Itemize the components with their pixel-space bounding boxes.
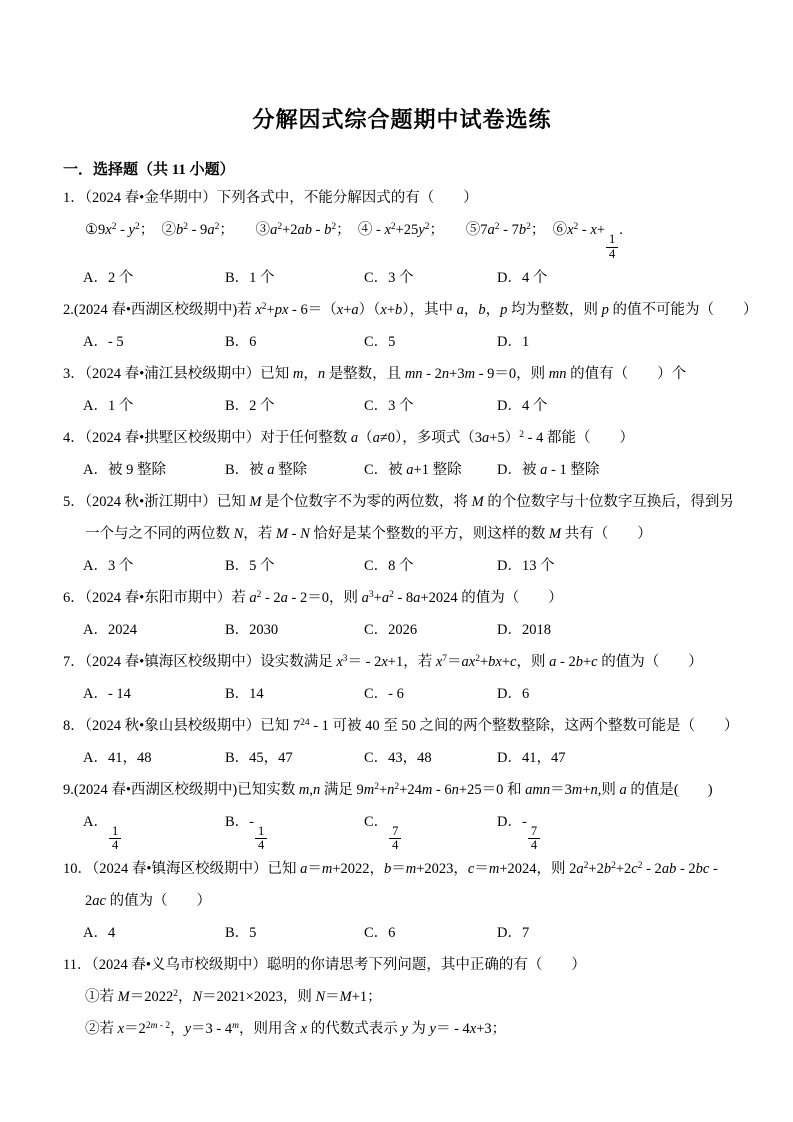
option: D．41，47 <box>497 742 741 774</box>
question-line: 8．（2024 秋•象山县校级期中）已知 724 - 1 可被 40 至 50 … <box>63 710 741 742</box>
question-line: 10．（2024 春•镇海区校级期中）已知 a＝m+2022，b＝m+2023，… <box>63 853 741 885</box>
question-line: ①若 M＝20222，N＝2021×2023，则 N＝M+1； <box>63 981 741 1013</box>
option: C．3 个 <box>364 262 497 294</box>
page-title: 分解因式综合题期中试卷选练 <box>63 106 741 134</box>
option: B．5 <box>225 917 364 949</box>
options-row: A．被 9 整除B．被 a 整除C．被 a+1 整除D．被 a - 1 整除 <box>63 454 741 486</box>
option: B．2 个 <box>225 390 364 422</box>
question: 1．（2024 春•金华期中）下列各式中，不能分解因式的有（ ）①9x2 - y… <box>63 182 741 294</box>
option: A．14 <box>83 806 225 854</box>
option: D．7 <box>497 917 741 949</box>
option: D．-74 <box>497 806 741 854</box>
option: C．6 <box>364 917 497 949</box>
question-line: 2.(2024 春•西湖区校级期中)若 x2+px - 6＝（x+a）（x+b）… <box>63 294 741 326</box>
option: C．2026 <box>364 614 497 646</box>
option: C．8 个 <box>364 550 497 582</box>
options-row: A．2024B．2030C．2026D．2018 <box>63 614 741 646</box>
question-line: ②若 x＝22m - 2，y＝3 - 4m，则用含 x 的代数式表示 y 为 y… <box>63 1013 741 1045</box>
options-row: A．2 个B．1 个C．3 个D．4 个 <box>63 262 741 294</box>
option: D．4 个 <box>497 390 741 422</box>
option: D．1 <box>497 326 741 358</box>
question-line: 7．（2024 春•镇海区校级期中）设实数满足 x3＝ - 2x+1，若 x7＝… <box>63 646 741 678</box>
option: D．4 个 <box>497 262 741 294</box>
question-line: 2ac 的值为（ ） <box>63 885 741 917</box>
option: A．1 个 <box>83 390 225 422</box>
option: B．2030 <box>225 614 364 646</box>
question-line: 1．（2024 春•金华期中）下列各式中，不能分解因式的有（ ） <box>63 182 741 214</box>
options-row: A．3 个B．5 个C．8 个D．13 个 <box>63 550 741 582</box>
option: A．3 个 <box>83 550 225 582</box>
option: A．- 14 <box>83 678 225 710</box>
option: D．被 a - 1 整除 <box>497 454 741 486</box>
question-line: 11．（2024 春•义乌市校级期中）聪明的你请思考下列问题，其中正确的有（ ） <box>63 949 741 981</box>
option: C．- 6 <box>364 678 497 710</box>
options-row: A．- 14B．14C．- 6D．6 <box>63 678 741 710</box>
option: B．1 个 <box>225 262 364 294</box>
option: D．2018 <box>497 614 741 646</box>
option: C．3 个 <box>364 390 497 422</box>
question: 9.(2024 春•西湖区校级期中)已知实数 m,n 满足 9m2+n2+24m… <box>63 774 741 854</box>
option: D．6 <box>497 678 741 710</box>
question-list: 1．（2024 春•金华期中）下列各式中，不能分解因式的有（ ）①9x2 - y… <box>63 182 741 1045</box>
option: D．13 个 <box>497 550 741 582</box>
options-row: A．41，48B．45，47C．43，48D．41，47 <box>63 742 741 774</box>
option: C．被 a+1 整除 <box>364 454 497 486</box>
question: 11．（2024 春•义乌市校级期中）聪明的你请思考下列问题，其中正确的有（ ）… <box>63 949 741 1045</box>
question: 7．（2024 春•镇海区校级期中）设实数满足 x3＝ - 2x+1，若 x7＝… <box>63 646 741 710</box>
option: C．43，48 <box>364 742 497 774</box>
question: 5．（2024 秋•浙江期中）已知 M 是个位数字不为零的两位数，将 M 的个位… <box>63 486 741 582</box>
question-line: ①9x2 - y2； ②b2 - 9a2； ③a2+2ab - b2； ④ - … <box>63 214 741 262</box>
option: B．6 <box>225 326 364 358</box>
option: A．2 个 <box>83 262 225 294</box>
option: A．4 <box>83 917 225 949</box>
question: 6．（2024 春•东阳市期中）若 a2 - 2a - 2＝0，则 a3+a2 … <box>63 582 741 646</box>
question-line: 3．（2024 春•浦江县校级期中）已知 m，n 是整数，且 mn - 2n+3… <box>63 358 741 390</box>
option: C．5 <box>364 326 497 358</box>
option: B．被 a 整除 <box>225 454 364 486</box>
option: A．被 9 整除 <box>83 454 225 486</box>
options-row: A．- 5B．6C．5D．1 <box>63 326 741 358</box>
option: A．41，48 <box>83 742 225 774</box>
question: 2.(2024 春•西湖区校级期中)若 x2+px - 6＝（x+a）（x+b）… <box>63 294 741 358</box>
document-page: 分解因式综合题期中试卷选练 一．选择题（共 11 小题） 1．（2024 春•金… <box>0 0 793 1045</box>
question: 10．（2024 春•镇海区校级期中）已知 a＝m+2022，b＝m+2023，… <box>63 853 741 949</box>
question-line: 5．（2024 秋•浙江期中）已知 M 是个位数字不为零的两位数，将 M 的个位… <box>63 486 741 518</box>
question-line: 一个与之不同的两位数 N，若 M - N 恰好是某个整数的平方，则这样的数 M … <box>63 518 741 550</box>
question-line: 4．（2024 春•拱墅区校级期中）对于任何整数 a（a≠0），多项式（3a+5… <box>63 422 741 454</box>
question-line: 6．（2024 春•东阳市期中）若 a2 - 2a - 2＝0，则 a3+a2 … <box>63 582 741 614</box>
option: B．14 <box>225 678 364 710</box>
options-row: A．1 个B．2 个C．3 个D．4 个 <box>63 390 741 422</box>
question: 8．（2024 秋•象山县校级期中）已知 724 - 1 可被 40 至 50 … <box>63 710 741 774</box>
option: C．74 <box>364 806 497 854</box>
section-header: 一．选择题（共 11 小题） <box>63 160 741 180</box>
option: A．2024 <box>83 614 225 646</box>
options-row: A．4B．5C．6D．7 <box>63 917 741 949</box>
option: B．5 个 <box>225 550 364 582</box>
option: B．-14 <box>225 806 364 854</box>
question-line: 9.(2024 春•西湖区校级期中)已知实数 m,n 满足 9m2+n2+24m… <box>63 774 741 806</box>
question: 3．（2024 春•浦江县校级期中）已知 m，n 是整数，且 mn - 2n+3… <box>63 358 741 422</box>
option: A．- 5 <box>83 326 225 358</box>
question: 4．（2024 春•拱墅区校级期中）对于任何整数 a（a≠0），多项式（3a+5… <box>63 422 741 486</box>
options-row: A．14B．-14C．74D．-74 <box>63 806 741 854</box>
option: B．45，47 <box>225 742 364 774</box>
